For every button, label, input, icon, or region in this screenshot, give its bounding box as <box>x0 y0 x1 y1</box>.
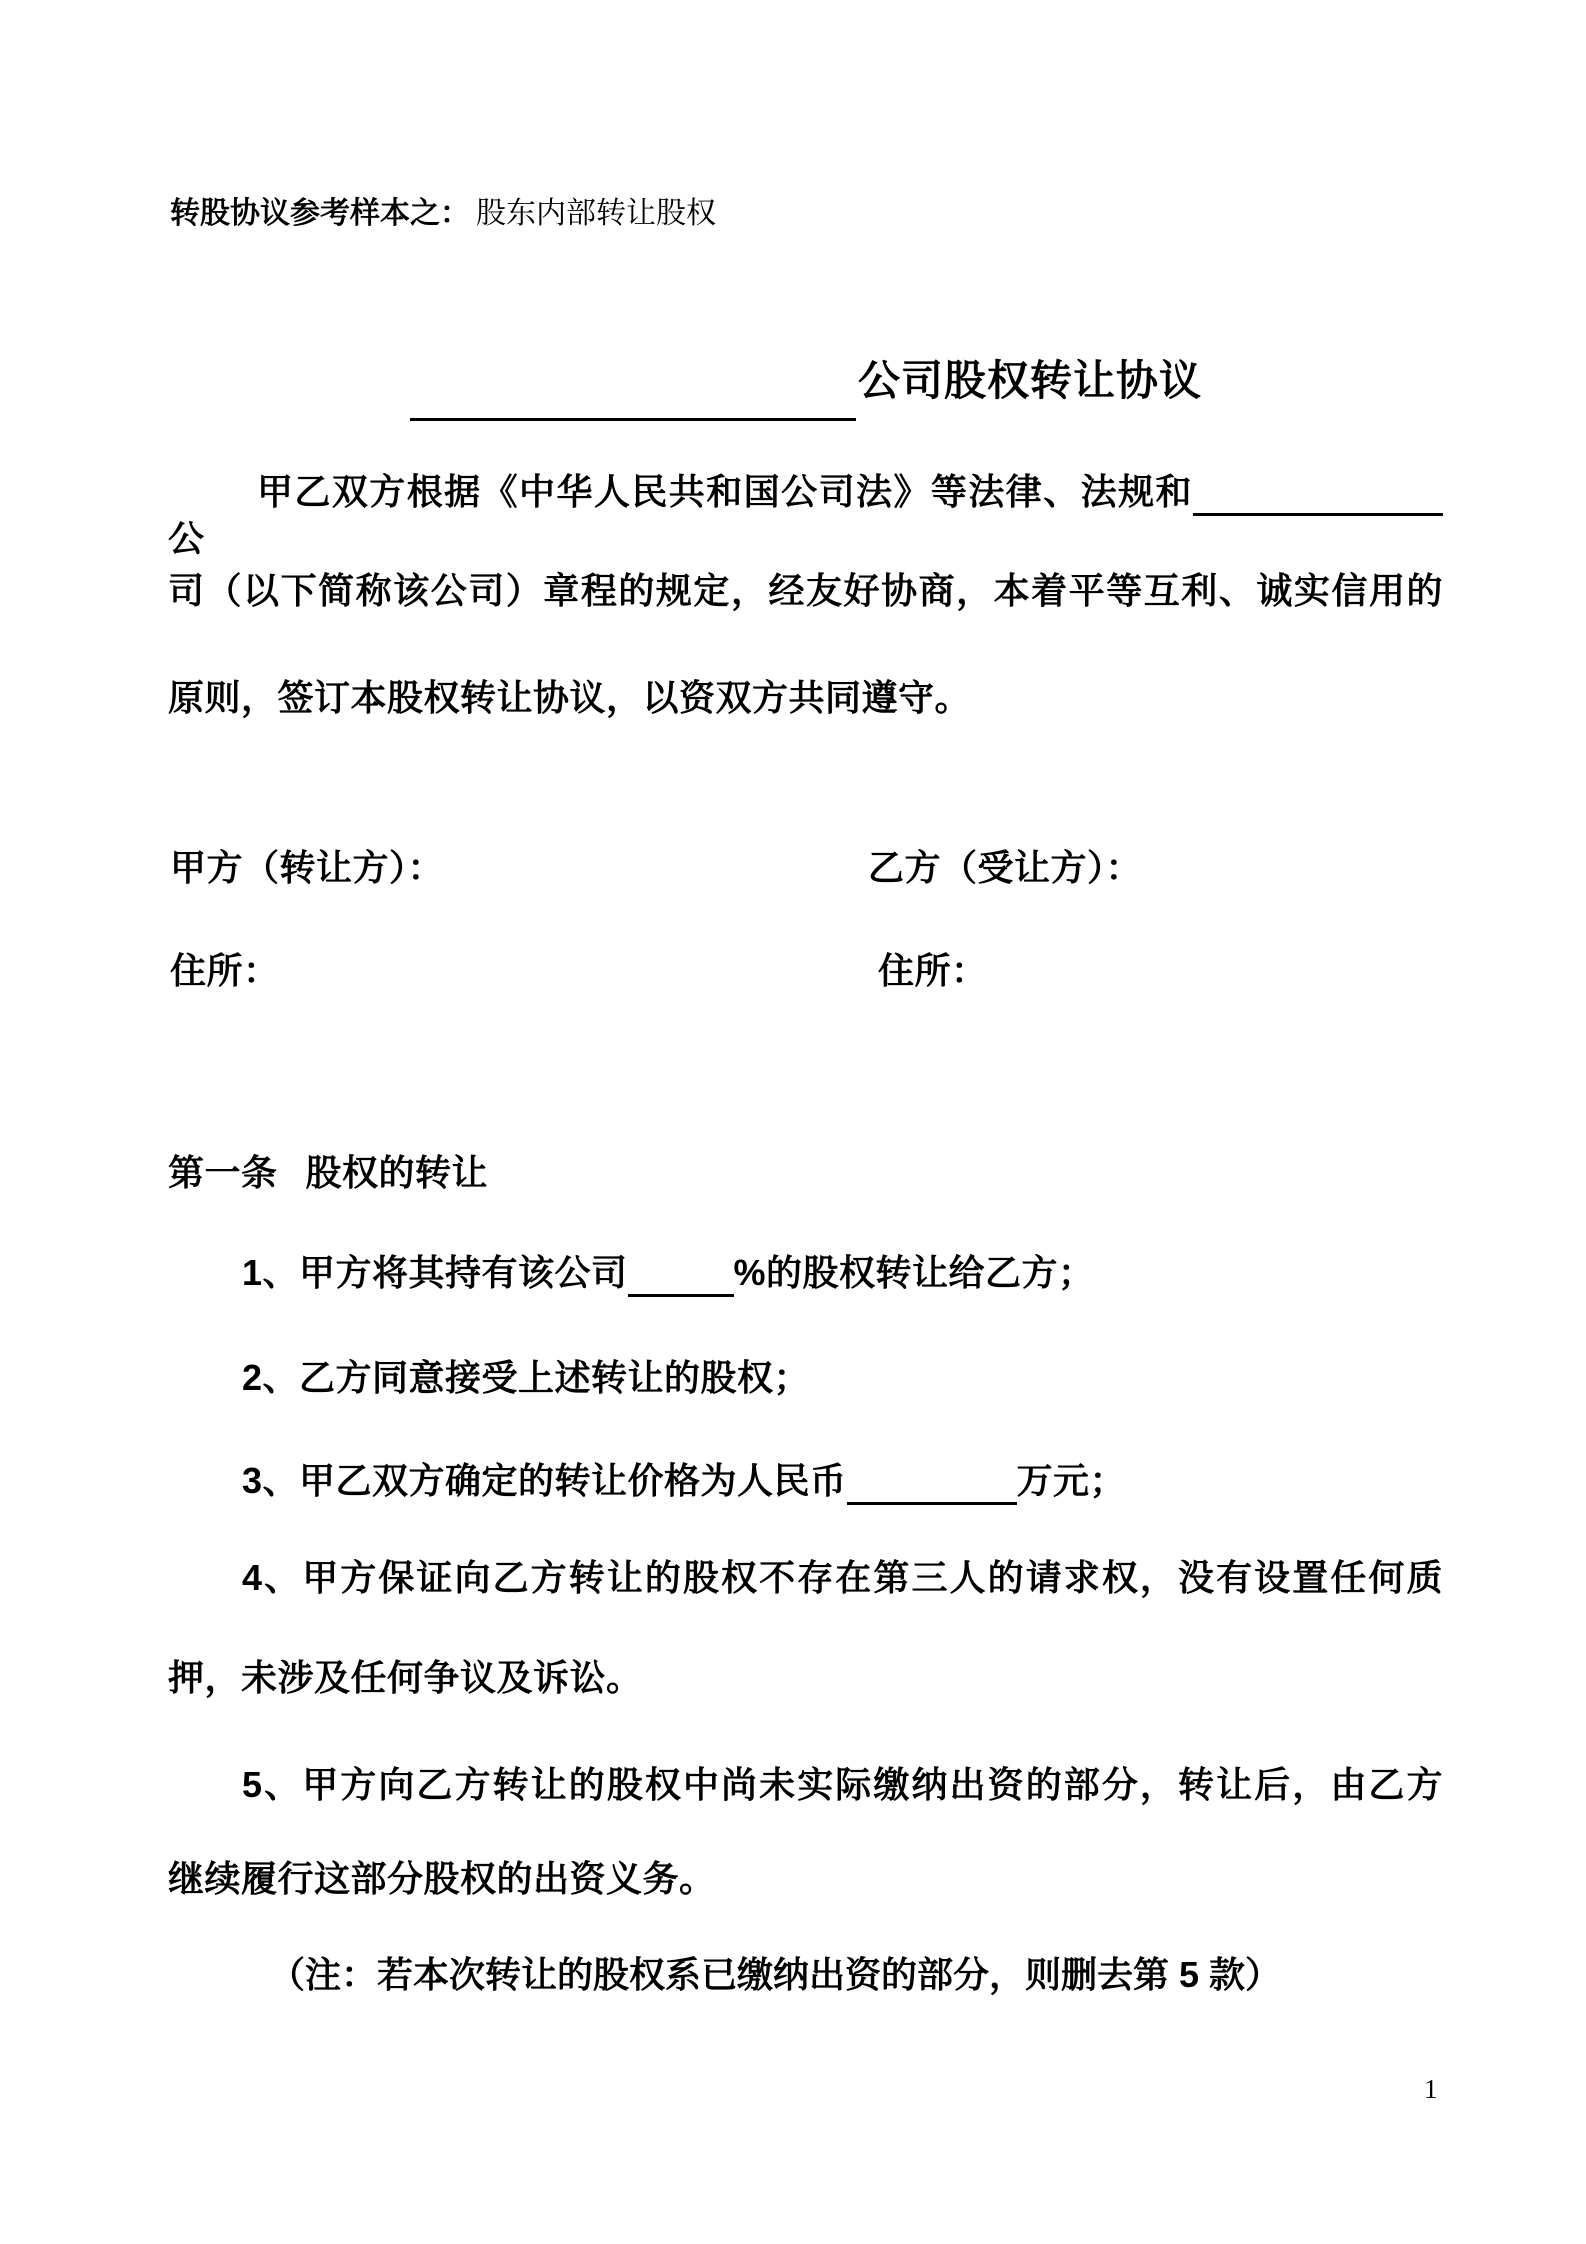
header-subject: 股东内部转让股权 <box>476 197 716 230</box>
clause-item-1: 1、甲方将其持有该公司%的股权转让给乙方； <box>168 1250 1095 1297</box>
article-1-title: 股权的转让 <box>306 1152 489 1193</box>
item-1-tail: %的股权转让给乙方； <box>734 1252 1095 1293</box>
item-2-text: 乙方同意接受上述转让的股权； <box>299 1357 810 1398</box>
item-indent <box>168 1589 242 1590</box>
article-1-heading: 第一条股权的转让 <box>168 1150 488 1196</box>
item-5-number: 5、 <box>242 1764 302 1805</box>
heading-gap <box>278 1184 306 1185</box>
document-title: 公司股权转让协议 <box>858 352 1202 410</box>
document-page: 转股协议参考样本之：股东内部转让股权 公司股权转让协议 甲乙双方根据《中华人民共… <box>0 0 1586 2244</box>
clause-item-3: 3、甲乙双方确定的转让价格为人民币万元； <box>168 1458 1126 1505</box>
item-4-number: 4、 <box>242 1557 302 1598</box>
price-amount-blank <box>847 1502 1017 1505</box>
intro-line-1: 甲乙双方根据《中华人民共和国公司法》等法律、法规和公 <box>168 469 1443 562</box>
document-header: 转股协议参考样本之：股东内部转让股权 <box>170 194 716 234</box>
intro-line-3: 原则，签订本股权转让协议，以资双方共同遵守。 <box>168 675 971 721</box>
party-b-label: 乙方（受让方）： <box>868 845 1142 891</box>
clause-item-4-line-1: 4、甲方保证向乙方转让的股权不存在第三人的请求权，没有设置任何质 <box>168 1555 1443 1601</box>
percentage-blank <box>628 1294 734 1297</box>
title-fill-in-blank <box>410 418 856 421</box>
item-indent <box>168 1492 242 1493</box>
page-number: 1 <box>1424 2072 1438 2106</box>
item-3-number: 3、 <box>242 1460 299 1501</box>
header-prefix: 转股协议参考样本之： <box>170 197 470 230</box>
article-1-number: 第一条 <box>168 1152 278 1193</box>
item-1-text: 甲方将其持有该公司 <box>299 1252 628 1293</box>
clause-item-5-line-1: 5、甲方向乙方转让的股权中尚未实际缴纳出资的部分，转让后，由乙方 <box>168 1762 1443 1808</box>
company-name-blank <box>1193 513 1443 516</box>
item-5-text-line-1: 甲方向乙方转让的股权中尚未实际缴纳出资的部分，转让后，由乙方 <box>302 1764 1443 1805</box>
clause-item-4-line-2: 押，未涉及任何争议及诉讼。 <box>168 1655 643 1701</box>
intro-line-1-tail: 公 <box>168 518 205 559</box>
intro-line-1-text: 甲乙双方根据《中华人民共和国公司法》等法律、法规和 <box>256 471 1193 512</box>
item-indent <box>168 1284 242 1285</box>
item-4-text-line-1: 甲方保证向乙方转让的股权不存在第三人的请求权，没有设置任何质 <box>302 1557 1443 1598</box>
item-indent <box>168 1796 242 1797</box>
party-a-label: 甲方（转让方）： <box>170 845 444 891</box>
item-3-tail: 万元； <box>1017 1460 1127 1501</box>
party-b-address-label: 住所： <box>878 948 988 994</box>
item-2-number: 2、 <box>242 1357 299 1398</box>
first-line-indent <box>168 503 256 504</box>
party-a-address-label: 住所： <box>170 948 280 994</box>
item-1-number: 1、 <box>242 1252 299 1293</box>
clause-item-2: 2、乙方同意接受上述转让的股权； <box>168 1355 810 1401</box>
deletion-note: （注：若本次转让的股权系已缴纳出资的部分，则删去第 5 款） <box>269 1952 1281 1998</box>
clause-item-5-line-2: 继续履行这部分股权的出资义务。 <box>168 1856 716 1902</box>
intro-line-2: 司（以下简称该公司）章程的规定，经友好协商，本着平等互利、诚实信用的 <box>168 568 1443 614</box>
item-3-text: 甲乙双方确定的转让价格为人民币 <box>299 1460 847 1501</box>
item-indent <box>168 1389 242 1390</box>
